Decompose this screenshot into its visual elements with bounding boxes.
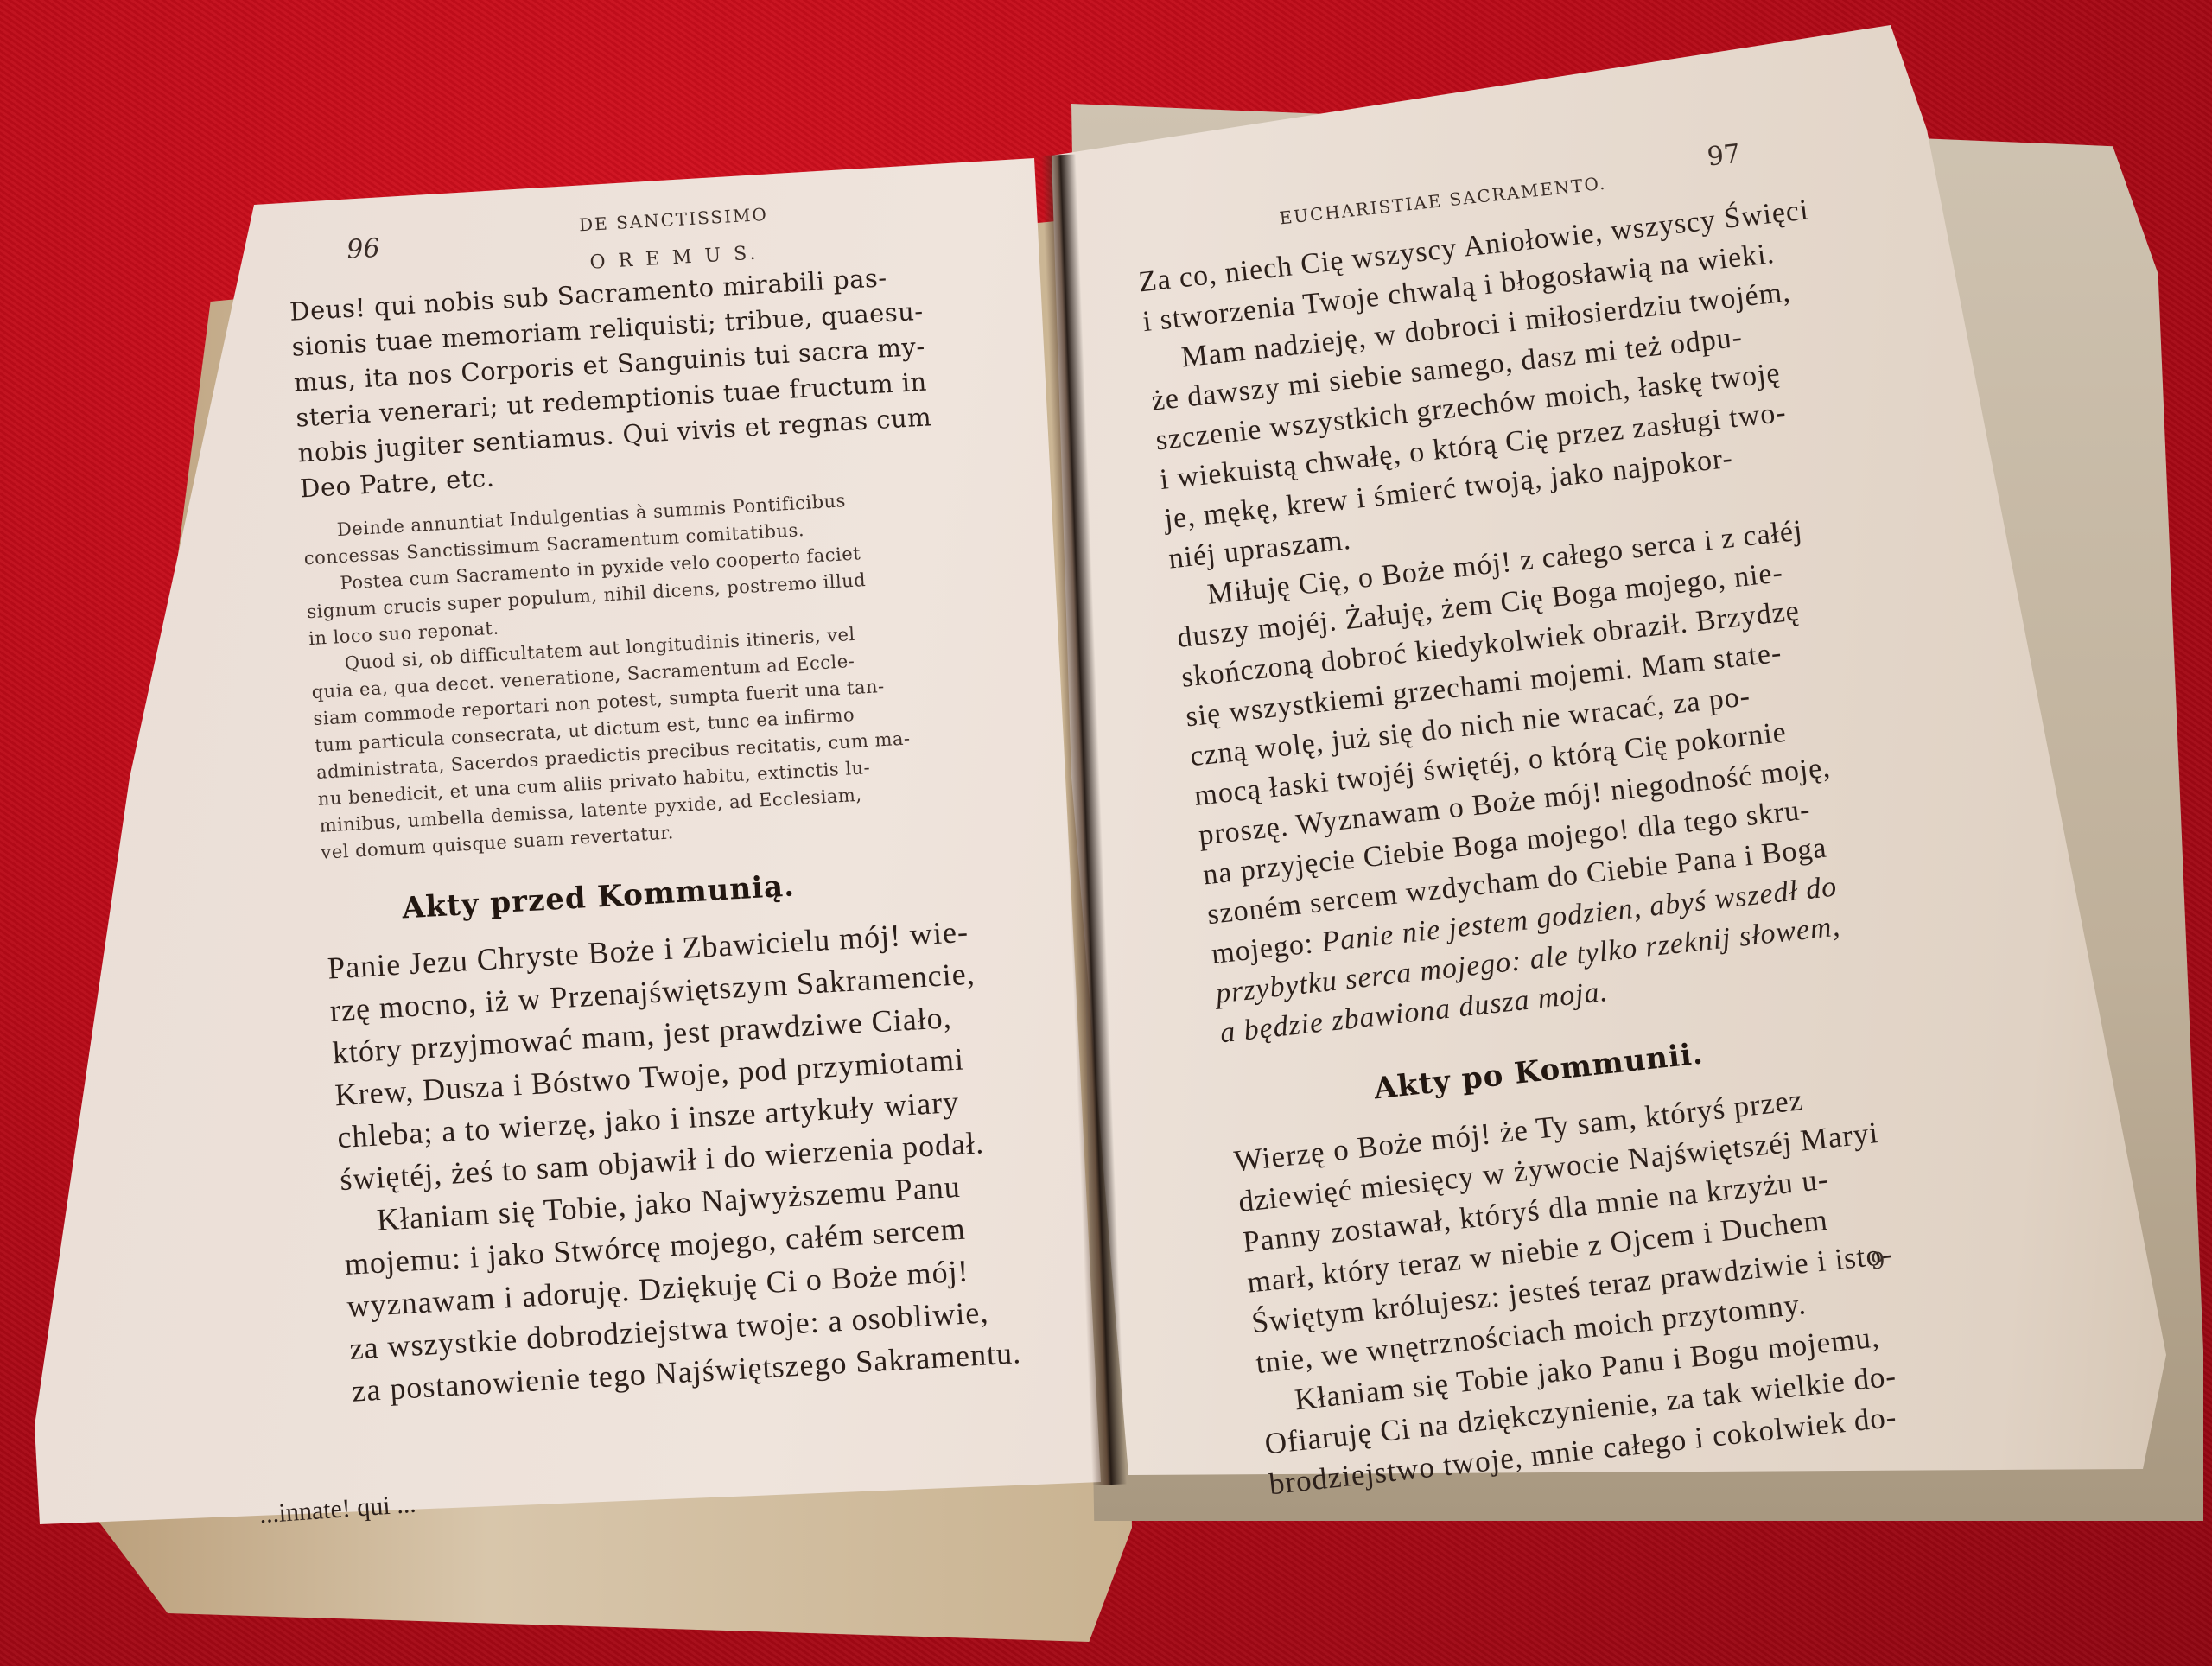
acts-before-communion: Panie Jezu Chryste Boże i Zbawicielu mój… [327,909,1023,1413]
right-page-prayer: Za co, niech Cię wszyscy Aniołowie, wszy… [1136,190,1892,1053]
acts-after-communion: Wierzę o Boże mój! że Ty sam, któryś prz… [1232,1069,1942,1505]
page-number-left: 96 [346,233,380,265]
right-page-text: EUCHARISTIAE SACRAMENTO. 97 Za co, niech… [1132,148,1942,1504]
latin-rubric: Deinde annuntiat Indulgentias à summis P… [302,480,991,867]
left-page-text: 96 DE SANCTISSIMO O R E M U S. Deus! qui… [285,193,1022,1412]
signature-mark: 9 [1870,1248,1886,1275]
page-number-right: 97 [1706,139,1742,173]
latin-prayer: Deus! qui nobis sub Sacramento mirabili … [289,257,965,507]
